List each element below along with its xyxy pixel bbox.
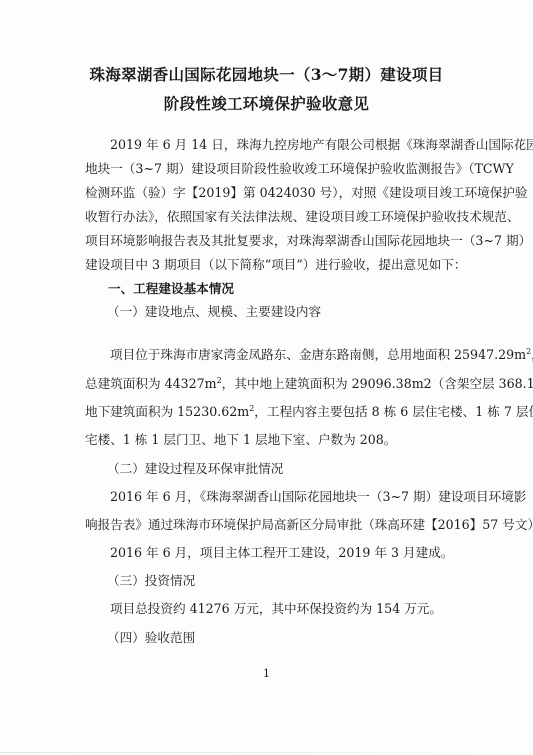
sub1-line-1: 项目位于珠海市唐家湾金凤路东、金唐东路南侧，总用地面积 25947.29m2， (110, 347, 473, 363)
subsection-heading-2: （二）建设过程及环保审批情况 (107, 461, 495, 477)
sub2-line-1: 2016 年 6 月，《珠海翠湖香山国际花园地块一（3~7 期）建设项目环境影 (110, 489, 473, 505)
intro-line-5: 项目环境影响报告表及其批复要求，对珠海翠湖香山国际花园地块一（3~7 期） (85, 233, 473, 249)
intro-line-4: 收暂行办法》，依照国家有关法律法规、建设项目竣工环境保护验收技术规范、 (85, 209, 473, 225)
sub1-line-2: 总建筑面积为 44327m2，其中地上建筑面积为 29096.38m2（含架空层… (85, 376, 473, 392)
document-title-line-2: 阶段性竣工环境保护验收意见 (0, 92, 533, 114)
intro-line-3: 检测环监（验）字【2019】第 0424030 号），对照《建设项目竣工环境保护… (85, 185, 473, 201)
sub1-line-3: 地下建筑面积为 15230.62m2，工程内容主要包括 8 栋 6 层住宅楼、1… (85, 404, 473, 420)
intro-line-2: 地块一（3~7 期）建设项目阶段性验收竣工环境保护验收监测报告》（TCWY (85, 161, 473, 177)
intro-line-1: 2019 年 6 月 14 日，珠海九控房地产有限公司根据《珠海翠湖香山国际花园 (110, 137, 473, 153)
sub2-line-3: 2016 年 6 月，项目主体工程开工建设，2019 年 3 月建成。 (110, 545, 473, 561)
sub1-line-4: 宅楼、1 栋 1 层门卫、地下 1 层地下室、户数为 208。 (85, 432, 473, 448)
subsection-heading-1: （一）建设地点、规模、主要建设内容 (107, 304, 495, 320)
document-page: 珠海翠湖香山国际花园地块一（3～7期）建设项目 阶段性竣工环境保护验收意见 20… (0, 0, 533, 755)
page-number: 1 (0, 667, 533, 680)
subsection-heading-3: （三）投资情况 (107, 573, 495, 589)
intro-line-6: 建设项目中 3 期项目（以下简称“项目”）进行验收，提出意见如下： (85, 257, 473, 273)
document-title-line-1: 珠海翠湖香山国际花园地块一（3～7期）建设项目 (0, 63, 533, 85)
subsection-heading-4: （四）验收范围 (107, 630, 495, 646)
sub2-line-2: 响报告表》通过珠海市环境保护局高新区分局审批（珠高环建【2016】57 号文）。 (85, 517, 473, 533)
scan-edge-line (0, 752, 470, 753)
sub3-line-1: 项目总投资约 41276 万元，其中环保投资约为 154 万元。 (110, 601, 473, 617)
section-heading-1: 一、工程建设基本情况 (108, 281, 496, 297)
